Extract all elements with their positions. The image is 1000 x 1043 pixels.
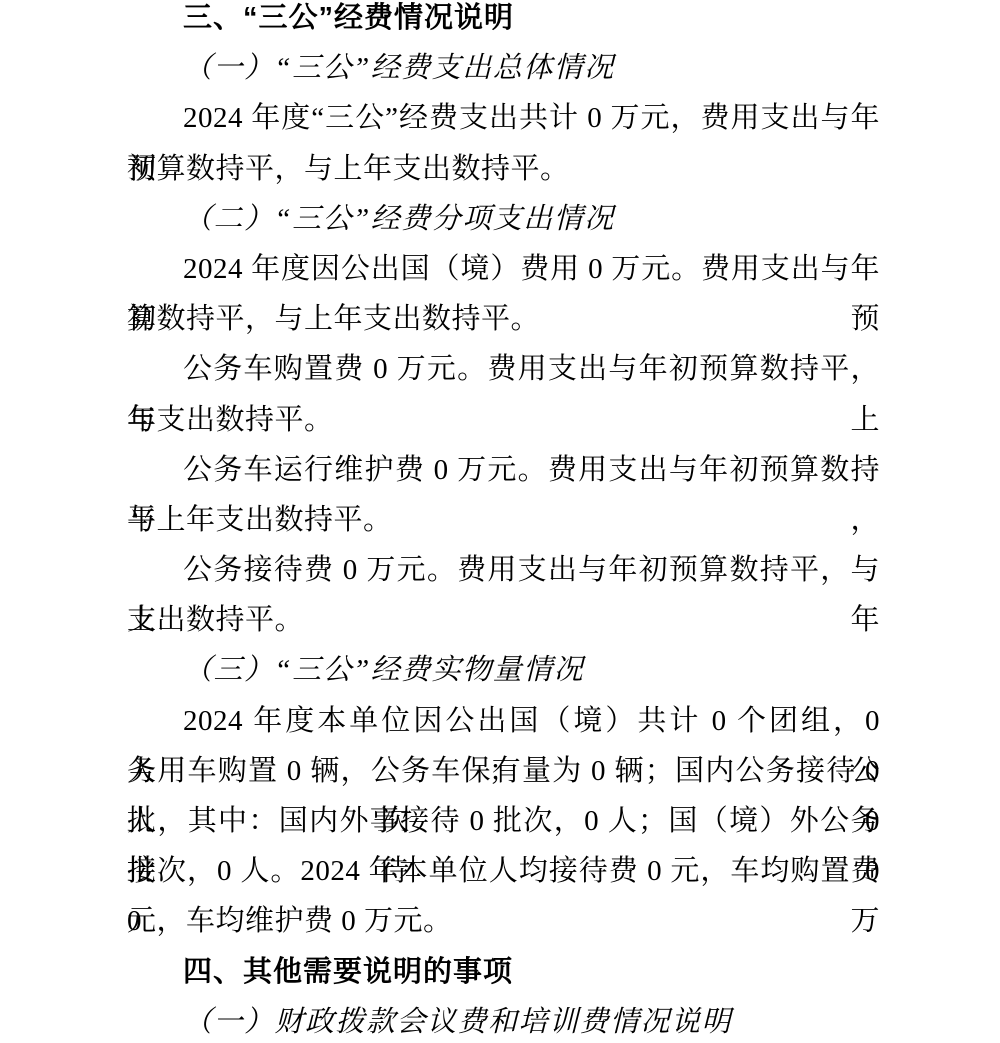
doc-line: 2024 年度因公出国（境）费用 0 万元。费用支出与年初预	[127, 244, 880, 294]
subsection-heading: （一）财政拨款会议费和培训费情况说明	[127, 997, 880, 1043]
doc-line: 预算数持平，与上年支出数持平。	[127, 144, 880, 194]
doc-line: 2024 年度“三公”经费支出共计 0 万元，费用支出与年初	[127, 93, 880, 143]
document-page: 三、“三公”经费情况说明（一）“三公”经费支出总体情况2024 年度“三公”经费…	[0, 0, 1000, 1043]
doc-line: 公务车购置费 0 万元。费用支出与年初预算数持平，与上	[127, 344, 880, 394]
doc-line: 2024 年度本单位因公出国（境）共计 0 个团组，0 人；公	[127, 696, 880, 746]
section-heading: 三、“三公”经费情况说明	[127, 0, 880, 43]
subsection-heading: （三）“三公”经费实物量情况	[127, 645, 880, 695]
doc-line: 人，其中：国内外事接待 0 批次，0 人；国（境）外公务接待 0	[127, 796, 880, 846]
section-heading: 四、其他需要说明的事项	[127, 947, 880, 997]
doc-line: 公务车运行维护费 0 万元。费用支出与年初预算数持平，	[127, 445, 880, 495]
document-content: 三、“三公”经费情况说明（一）“三公”经费支出总体情况2024 年度“三公”经费…	[127, 0, 880, 1043]
doc-line: 公务接待费 0 万元。费用支出与年初预算数持平，与上年	[127, 545, 880, 595]
subsection-heading: （二）“三公”经费分项支出情况	[127, 194, 880, 244]
doc-line: 批次，0 人。2024 年本单位人均接待费 0 元，车均购置费 0 万	[127, 846, 880, 896]
subsection-heading: （一）“三公”经费支出总体情况	[127, 43, 880, 93]
doc-line: 务用车购置 0 辆，公务车保有量为 0 辆；国内公务接待 0 批次 0	[127, 746, 880, 796]
